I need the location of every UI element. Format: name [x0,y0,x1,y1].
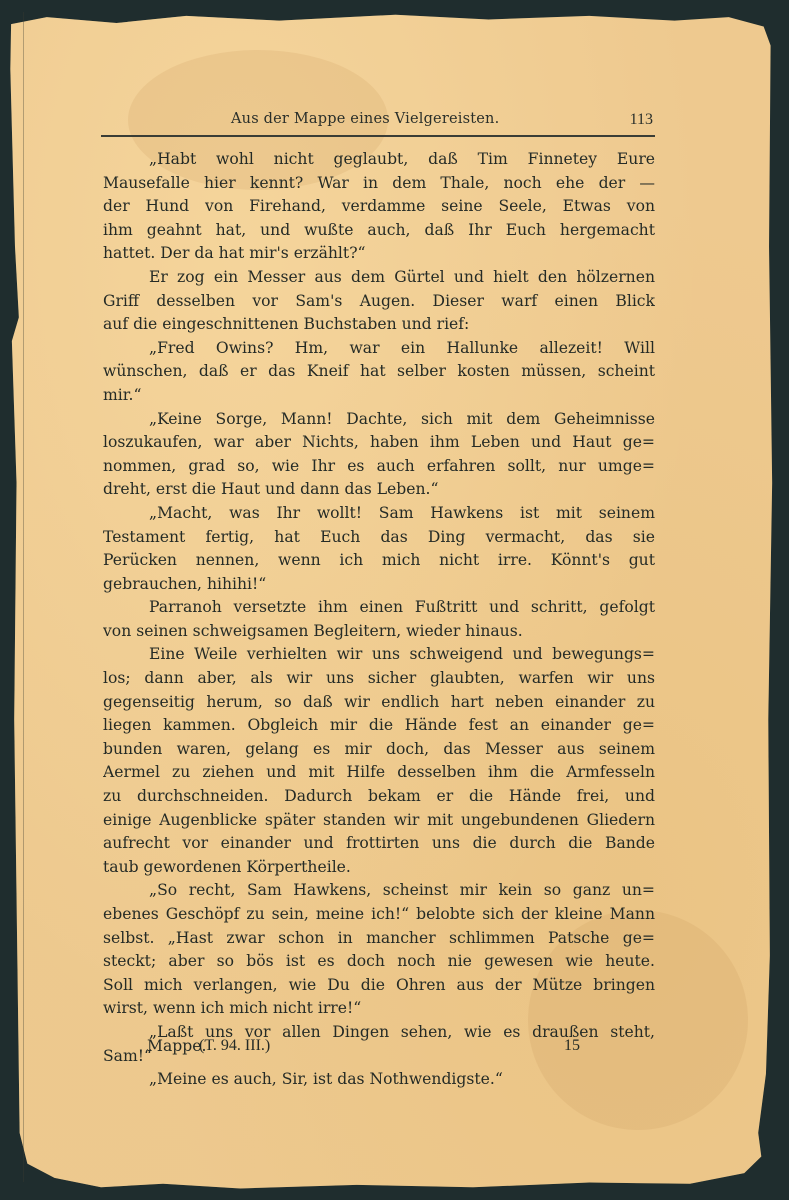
text-line: liegen kammen. Obgleich mir die Hände fe… [103,714,655,738]
text-line: wirst, wenn ich mich nicht irre!“ [103,997,655,1021]
text-line: „So recht, Sam Hawkens, scheinst mir kei… [103,879,655,903]
text-line: mir.“ [103,384,655,408]
text-line: loszukaufen, war aber Nichts, haben ihm … [103,431,655,455]
running-header: Aus der Mappe eines Vielgereisten. 113 [103,108,655,132]
signature-number: 15 [564,1037,580,1055]
text-line: Perücken nennen, wenn ich mich nicht irr… [103,549,655,573]
text-line: einige Augenblicke später standen wir mi… [103,809,655,833]
text-line: zu durchschneiden. Dadurch bekam er die … [103,785,655,809]
text-line: gebrauchen, hihihi!“ [103,573,655,597]
running-title: Aus der Mappe eines Vielgereisten. [231,111,499,127]
text-line: „Keine Sorge, Mann! Dachte, sich mit dem… [103,408,655,432]
text-line: los; dann aber, als wir uns sicher glaub… [103,667,655,691]
text-line: dreht, erst die Haut und dann das Leben.… [103,478,655,502]
text-line: Testament fertig, hat Euch das Ding verm… [103,526,655,550]
signature-mark: Mappe. [147,1037,206,1055]
text-line: auf die eingeschnittenen Buchstaben und … [103,313,655,337]
text-line: der Hund von Firehand, verdamme seine Se… [103,195,655,219]
text-line: aufrecht vor einander und frottirten uns… [103,832,655,856]
text-line: ebenes Geschöpf zu sein, meine ich!“ bel… [103,903,655,927]
text-line: bunden waren, gelang es mir doch, das Me… [103,738,655,762]
page-footer: Mappe. (T. 94. III.) 15 [103,1037,655,1061]
text-line: „Habt wohl nicht geglaubt, daß Tim Finne… [103,148,655,172]
text-line: Mausefalle hier kennt? War in dem Thale,… [103,172,655,196]
text-line: ihm geahnt hat, und wußte auch, daß Ihr … [103,219,655,243]
page-fold-line [23,12,24,1182]
text-line: Er zog ein Messer aus dem Gürtel und hie… [103,266,655,290]
text-line: von seinen schweigsamen Begleitern, wied… [103,620,655,644]
text-line: steckt; aber so bös ist es doch noch nie… [103,950,655,974]
text-line: Aermel zu ziehen und mit Hilfe desselben… [103,761,655,785]
text-line: hattet. Der da hat mir's erzählt?“ [103,242,655,266]
header-rule [101,135,655,137]
text-line: Parranoh versetzte ihm einen Fußtritt un… [103,596,655,620]
page-number: 113 [630,111,653,129]
signature-code: (T. 94. III.) [199,1037,270,1055]
body-text: „Habt wohl nicht geglaubt, daß Tim Finne… [103,148,655,1092]
text-line: nommen, grad so, wie Ihr es auch erfahre… [103,455,655,479]
text-line: taub gewordenen Körpertheile. [103,856,655,880]
text-line: Griff desselben vor Sam's Augen. Dieser … [103,290,655,314]
text-line: wünschen, daß er das Kneif hat selber ko… [103,360,655,384]
text-line: selbst. „Hast zwar schon in mancher schl… [103,927,655,951]
text-line: Soll mich verlangen, wie Du die Ohren au… [103,974,655,998]
text-line: Eine Weile verhielten wir uns schweigend… [103,643,655,667]
text-line: „Fred Owins? Hm, war ein Hallunke alleze… [103,337,655,361]
text-line: „Meine es auch, Sir, ist das Nothwendigs… [103,1068,655,1092]
text-line: „Macht, was Ihr wollt! Sam Hawkens ist m… [103,502,655,526]
text-line: gegenseitig herum, so daß wir endlich ha… [103,691,655,715]
